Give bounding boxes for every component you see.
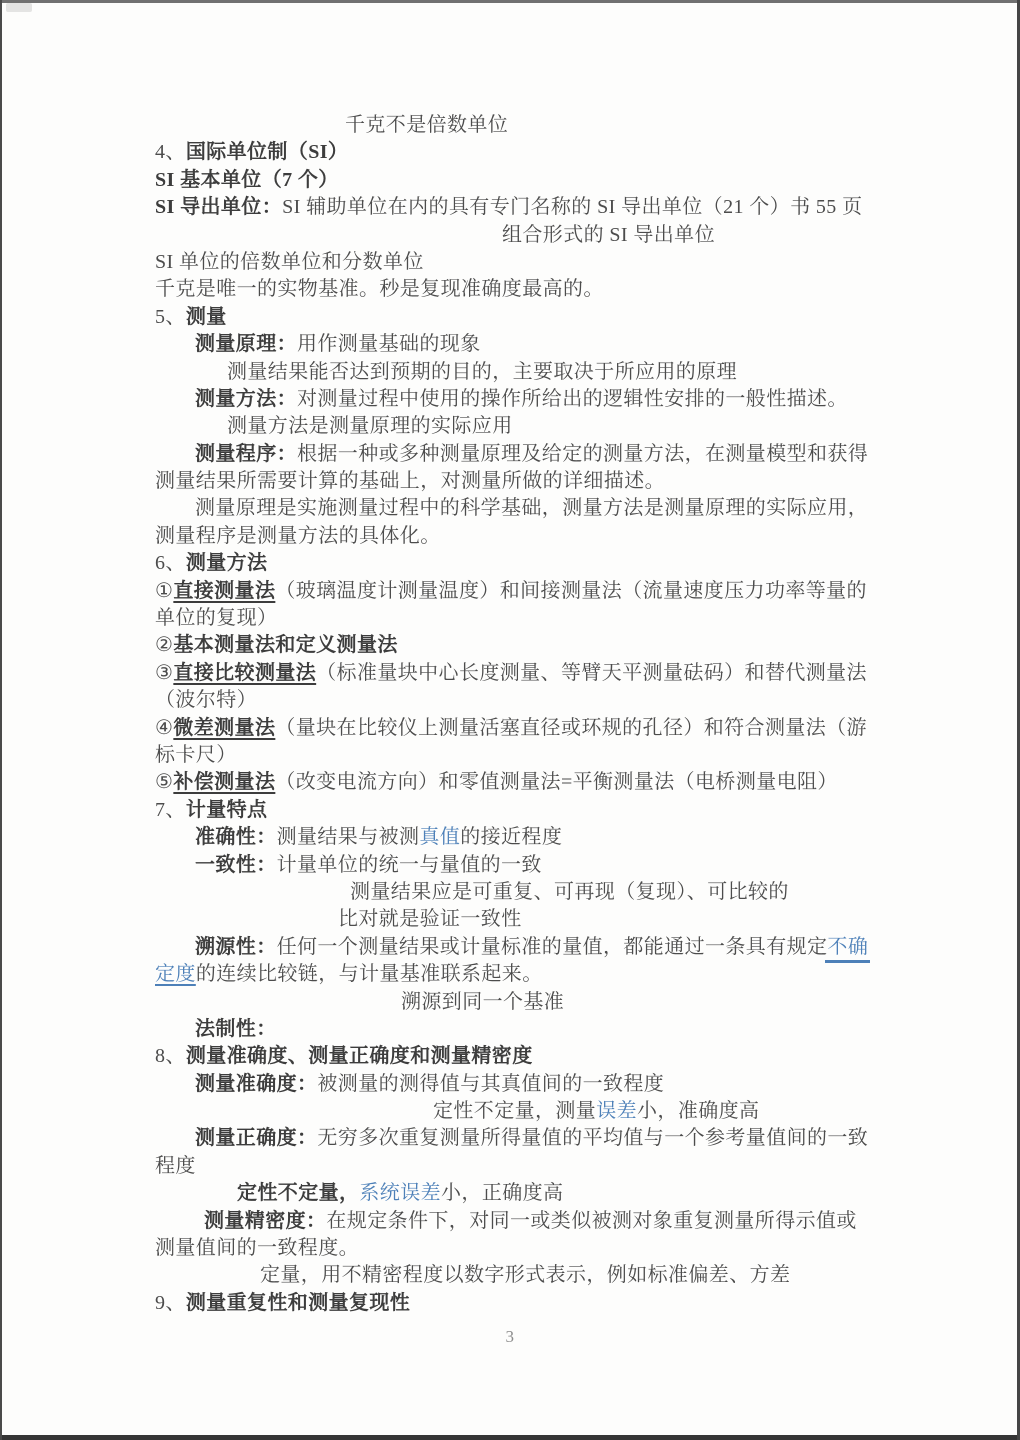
text-line: 测量原理：用作测量基础的现象 [155, 331, 885, 358]
text-run: 无穷多次重复测量所得量值的平均值与一个参考量值间的一致 [317, 1127, 868, 1149]
text-run: 溯源到同一个基准 [401, 991, 564, 1013]
text-run: 在规定条件下，对同一或类似被测对象重复测量所得示值或 [326, 1210, 856, 1232]
text-run: 准确性： [195, 826, 277, 848]
text-run: 测量结果与被测 [277, 826, 420, 848]
text-line: 比对就是验证一致性 [155, 906, 885, 933]
text-line: ①直接测量法（玻璃温度计测量温度）和间接测量法（流量速度压力功率等量的 [155, 578, 885, 605]
text-line: 8、测量准确度、测量正确度和测量精密度 [155, 1043, 885, 1070]
text-run: 定度 [155, 963, 196, 985]
text-run: 测量准确度、测量正确度和测量精密度 [186, 1045, 533, 1067]
text-line: （波尔特） [155, 687, 885, 714]
text-run: 定量，用不精密程度以数字形式表示，例如标准偏差、方差 [260, 1264, 790, 1286]
text-run: 误差 [596, 1100, 637, 1122]
text-run: （改变电流方向）和零值测量法=平衡测量法（电桥测量电阻） [275, 771, 837, 793]
text-line: ③直接比较测量法（标准量块中心长度测量、等臂天平测量砝码）和替代测量法 [155, 660, 885, 687]
text-run: （标准量块中心长度测量、等臂天平测量砝码）和替代测量法 [316, 662, 867, 684]
text-line: 测量准确度：被测量的测得值与其真值间的一致程度 [155, 1071, 885, 1098]
text-line: ⑤补偿测量法（改变电流方向）和零值测量法=平衡测量法（电桥测量电阻） [155, 769, 885, 796]
text-run: 补偿测量法 [173, 771, 275, 793]
page-edge-left [0, 0, 2, 1440]
text-run: 直接比较测量法 [173, 662, 316, 684]
text-run: 计量单位的统一与量值的一致 [277, 854, 542, 876]
text-line: ④微差测量法（量块在比较仪上测量活塞直径或环规的孔径）和符合测量法（游 [155, 715, 885, 742]
text-run: 溯源性： [195, 936, 277, 958]
text-line: 测量程序是测量方法的具体化。 [155, 523, 885, 550]
text-line: 标卡尺） [155, 742, 885, 769]
text-line: 溯源性：任何一个测量结果或计量标准的量值，都能通过一条具有规定不确 [155, 934, 885, 961]
text-run: 对测量过程中使用的操作所给出的逻辑性安排的一般性描述。 [297, 388, 848, 410]
text-run: 测量原理： [195, 333, 297, 355]
page-number: 3 [0, 1327, 1020, 1347]
text-line: SI 单位的倍数单位和分数单位 [155, 249, 885, 276]
text-run: 国际单位制（SI） [186, 141, 349, 163]
text-run: 千克不是倍数单位 [345, 114, 508, 136]
text-run: 8、 [155, 1045, 186, 1067]
text-line: ②基本测量法和定义测量法 [155, 632, 885, 659]
page-edge-top [0, 0, 1020, 3]
text-line: 测量结果能否达到预期的目的，主要取决于所应用的原理 [155, 359, 885, 386]
text-run: 用作测量基础的现象 [297, 333, 481, 355]
text-run: 比对就是验证一致性 [338, 908, 522, 930]
text-run: SI 单位的倍数单位和分数单位 [155, 251, 424, 273]
text-run: 测量程序： [195, 443, 297, 465]
text-run: （玻璃温度计测量温度）和间接测量法（流量速度压力功率等量的 [275, 580, 867, 602]
text-run: 千克是唯一的实物基准。秒是复现准确度最高的。 [155, 278, 604, 300]
text-run: 定性不定量， [237, 1182, 359, 1204]
text-line: 组合形式的 SI 导出单位 [155, 222, 885, 249]
text-run: 法制性： [195, 1018, 277, 1040]
text-line: 定性不定量，系统误差小，正确度高 [155, 1180, 885, 1207]
text-run: SI 导出单位： [155, 196, 282, 218]
text-line: 定量，用不精密程度以数字形式表示，例如标准偏差、方差 [155, 1262, 885, 1289]
text-run: 测量方法： [195, 388, 297, 410]
text-line: 测量方法：对测量过程中使用的操作所给出的逻辑性安排的一般性描述。 [155, 386, 885, 413]
text-run: 组合形式的 SI 导出单位 [502, 224, 715, 246]
text-line: 千克是唯一的实物基准。秒是复现准确度最高的。 [155, 276, 885, 303]
text-run: 的连续比较链，与计量基准联系起来。 [196, 963, 543, 985]
text-run: 6、 [155, 552, 186, 574]
text-line: 法制性： [155, 1016, 885, 1043]
text-run: 测量值间的一致程度。 [155, 1237, 359, 1259]
text-run: 真值 [419, 826, 460, 848]
text-run: 程度 [155, 1155, 196, 1177]
text-run: 基本测量法和定义测量法 [173, 634, 397, 656]
text-line: 6、测量方法 [155, 550, 885, 577]
text-line: 5、测量 [155, 304, 885, 331]
text-line: SI 基本单位（7 个） [155, 167, 885, 194]
text-run: 系统误差 [359, 1182, 441, 1204]
text-run: （量块在比较仪上测量活塞直径或环规的孔径）和符合测量法（游 [275, 717, 867, 739]
text-run: 测量准确度： [195, 1073, 317, 1095]
text-line: 一致性：计量单位的统一与量值的一致 [155, 852, 885, 879]
text-run: ④ [155, 717, 173, 739]
text-line: 千克不是倍数单位 [155, 112, 885, 139]
text-line: 测量精密度：在规定条件下，对同一或类似被测对象重复测量所得示值或 [155, 1208, 885, 1235]
text-run: 测量结果能否达到预期的目的，主要取决于所应用的原理 [227, 361, 737, 383]
text-line: 测量结果所需要计算的基础上，对测量所做的详细描述。 [155, 468, 885, 495]
text-run: 任何一个测量结果或计量标准的量值，都能通过一条具有规定 [277, 936, 828, 958]
text-line: SI 导出单位：SI 辅助单位在内的具有专门名称的 SI 导出单位（21 个）书… [155, 194, 885, 221]
text-line: 9、测量重复性和测量复现性 [155, 1290, 885, 1317]
scanned-document-page: 千克不是倍数单位4、国际单位制（SI）SI 基本单位（7 个）SI 导出单位：S… [0, 0, 1020, 1440]
text-run: 一致性： [195, 854, 277, 876]
revision-mark-line [825, 960, 870, 963]
text-run: （波尔特） [155, 689, 257, 711]
text-run: SI 基本单位（7 个） [155, 169, 339, 191]
text-line: 测量程序：根据一种或多种测量原理及给定的测量方法，在测量模型和获得 [155, 441, 885, 468]
text-run: ③ [155, 662, 173, 684]
text-line: 定度的连续比较链，与计量基准联系起来。 [155, 961, 885, 988]
text-line: 测量结果应是可重复、可再现（复现）、可比较的 [155, 879, 885, 906]
text-run: 小，准确度高 [637, 1100, 759, 1122]
text-run: 被测量的测得值与其真值间的一致程度 [317, 1073, 664, 1095]
text-run: ② [155, 634, 173, 656]
text-run: 测量重复性和测量复现性 [186, 1292, 410, 1314]
text-line: 定性不定量，测量误差小，准确度高 [155, 1098, 885, 1125]
text-run: ① [155, 580, 173, 602]
text-run: 定性不定量，测量 [433, 1100, 596, 1122]
text-run: 测量原理是实施测量过程中的科学基础，测量方法是测量原理的实际应用， [195, 497, 868, 519]
text-run: 测量结果应是可重复、可再现（复现）、可比较的 [350, 881, 789, 903]
text-line: 7、计量特点 [155, 797, 885, 824]
text-line: 测量正确度：无穷多次重复测量所得量值的平均值与一个参考量值间的一致 [155, 1125, 885, 1152]
text-run: 7、 [155, 799, 186, 821]
text-run: 单位的复现） [155, 607, 277, 629]
text-run: 直接测量法 [173, 580, 275, 602]
text-run: 计量特点 [186, 799, 268, 821]
text-line: 溯源到同一个基准 [155, 989, 885, 1016]
text-run: 测量程序是测量方法的具体化。 [155, 525, 441, 547]
text-run: 测量方法 [186, 552, 268, 574]
text-run: 根据一种或多种测量原理及给定的测量方法，在测量模型和获得 [297, 443, 868, 465]
text-run: 测量 [186, 306, 227, 328]
document-body: 千克不是倍数单位4、国际单位制（SI）SI 基本单位（7 个）SI 导出单位：S… [155, 112, 885, 1317]
text-run: SI 辅助单位在内的具有专门名称的 SI 导出单位（21 个）书 55 页 [282, 196, 862, 218]
text-line: 程度 [155, 1153, 885, 1180]
page-edge-bottom [0, 1435, 1020, 1440]
text-line: 准确性：测量结果与被测真值的接近程度 [155, 824, 885, 851]
text-run: 小，正确度高 [441, 1182, 563, 1204]
text-run: 的接近程度 [460, 826, 562, 848]
text-run: 测量结果所需要计算的基础上，对测量所做的详细描述。 [155, 470, 665, 492]
text-line: 4、国际单位制（SI） [155, 139, 885, 166]
text-line: 单位的复现） [155, 605, 885, 632]
text-run: 测量方法是测量原理的实际应用 [227, 415, 513, 437]
text-line: 测量方法是测量原理的实际应用 [155, 413, 885, 440]
text-line: 测量原理是实施测量过程中的科学基础，测量方法是测量原理的实际应用， [155, 495, 885, 522]
text-run: 测量精密度： [204, 1210, 326, 1232]
text-line: 测量值间的一致程度。 [155, 1235, 885, 1262]
text-run: 4、 [155, 141, 186, 163]
text-run: 微差测量法 [173, 717, 275, 739]
text-run: 标卡尺） [155, 744, 237, 766]
scan-artifact-smudge [6, 3, 32, 12]
text-run: 测量正确度： [195, 1127, 317, 1149]
text-run: ⑤ [155, 771, 173, 793]
text-run: 不确 [827, 936, 868, 958]
text-run: 5、 [155, 306, 186, 328]
text-run: 9、 [155, 1292, 186, 1314]
